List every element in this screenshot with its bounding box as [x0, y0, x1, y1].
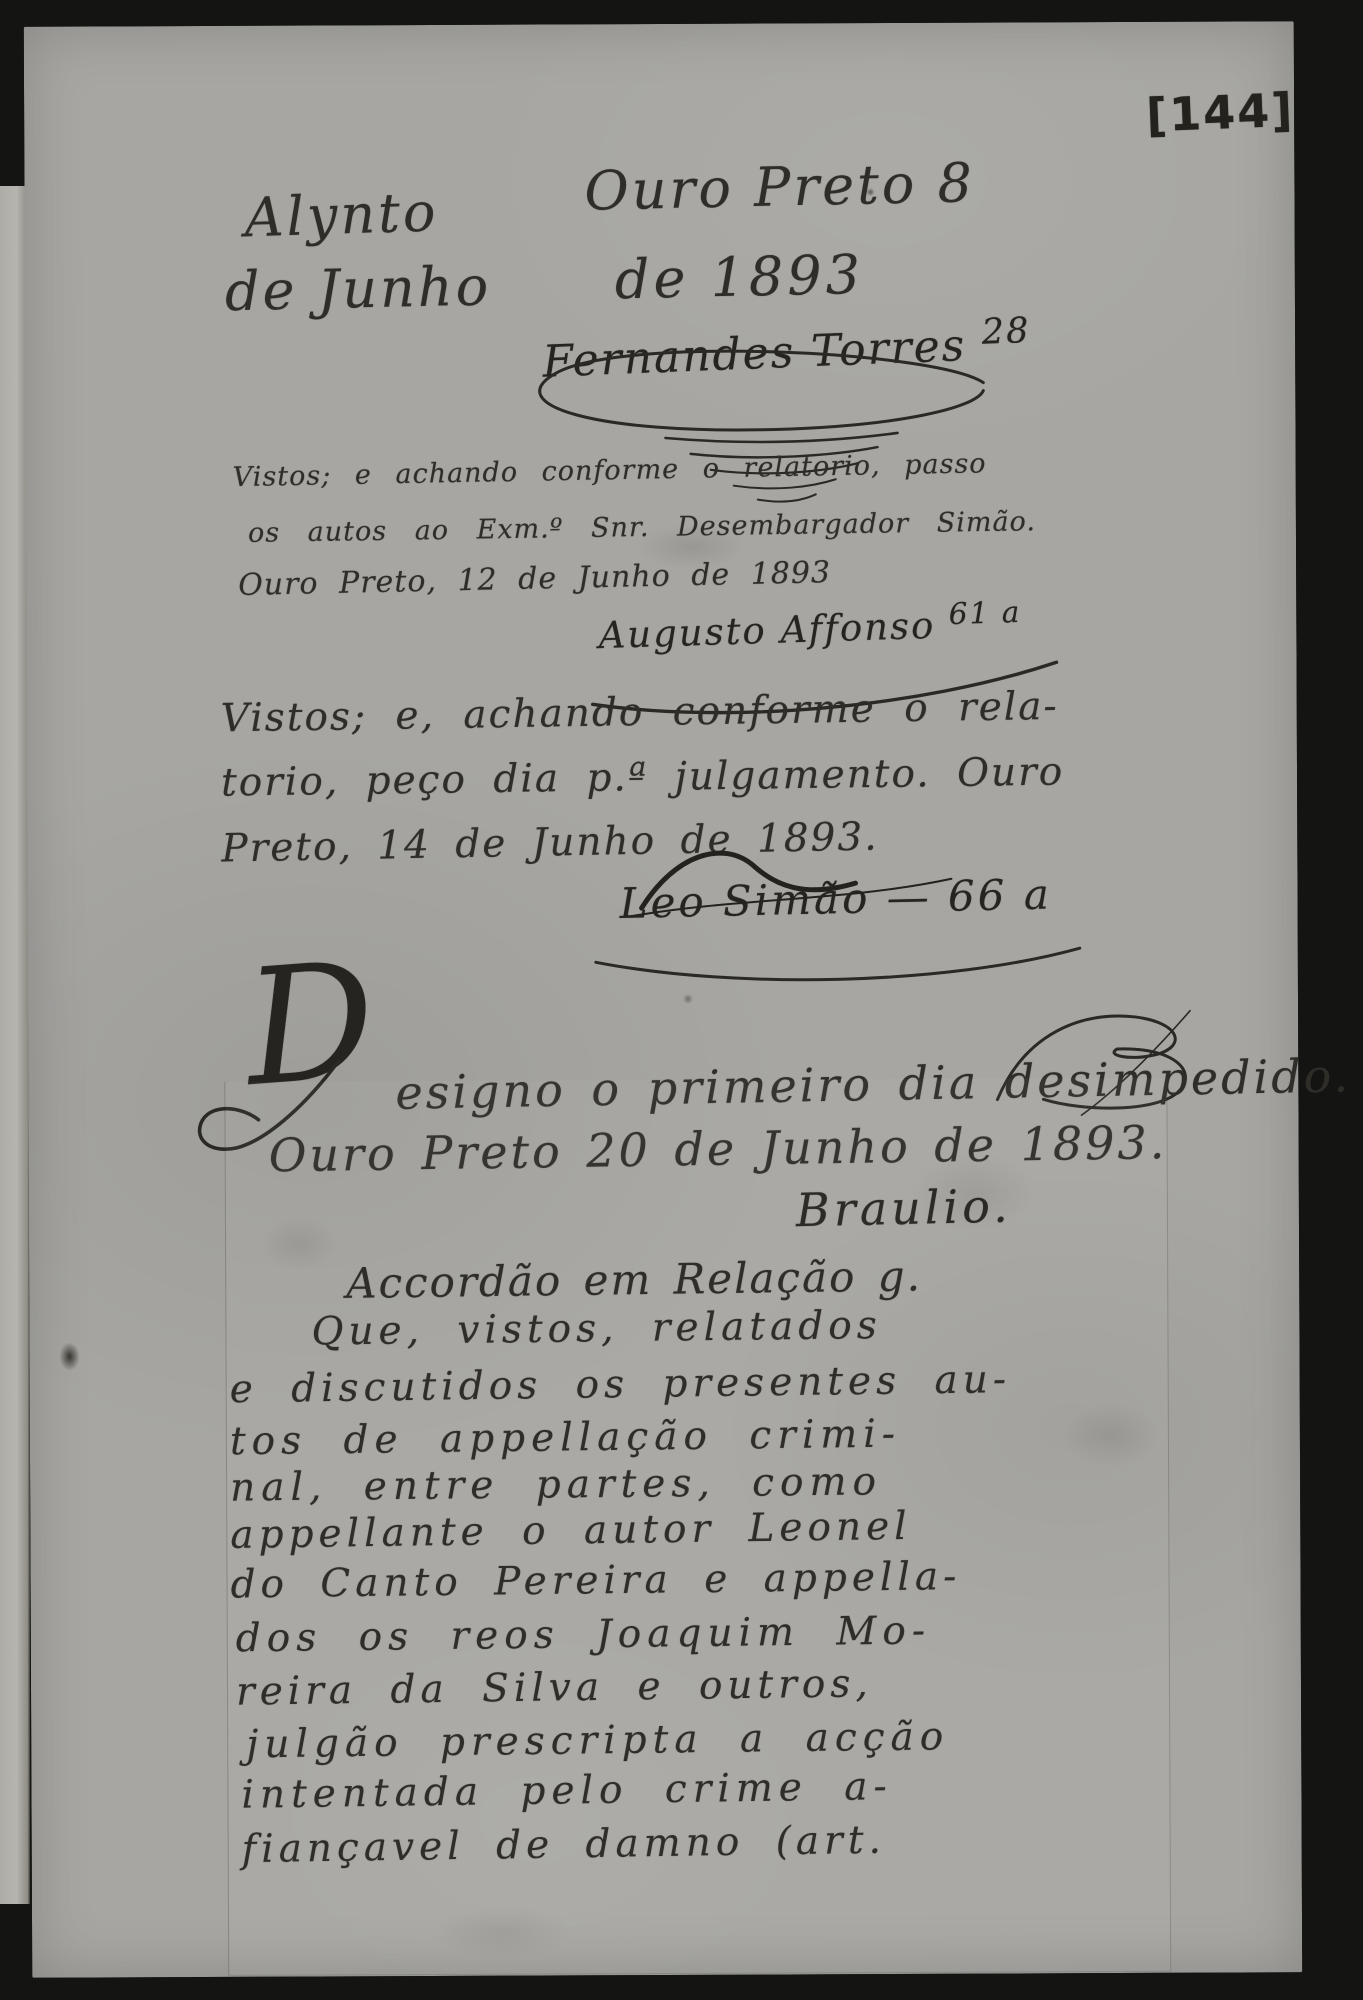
- opening-place-day: Ouro Preto 8: [584, 151, 976, 223]
- document-page: [144] Alynto Ouro Preto 8 de Junho de 18…: [24, 21, 1303, 1978]
- acordao-body-line: nal, entre partes, como: [230, 1459, 882, 1510]
- opening-month: de Junho: [224, 254, 491, 323]
- acordao-body-line: fiançavel de damno (art.: [241, 1818, 886, 1873]
- signature-simao-underline-icon: [588, 940, 1088, 997]
- signature-simao-name: Leo Simão: [619, 873, 871, 927]
- acordao-body-line: Que, vistos, relatados: [311, 1303, 882, 1354]
- despacho2-line1: Vistos; e, achando conforme o rela-: [220, 684, 1059, 741]
- ink-blot: [59, 1343, 79, 1371]
- acordao-body-line: tos de appellação crimi-: [230, 1412, 901, 1465]
- despacho2-line2: torio, peço dia p.ª julgamento. Ouro: [221, 750, 1065, 806]
- opening-year: de 1893: [614, 243, 864, 311]
- acordao-body-line: julgão prescripta a acção: [246, 1714, 950, 1767]
- acordao-body-line: do Canto Pereira e appella-: [230, 1554, 961, 1607]
- opening-word: Alynto: [244, 180, 440, 249]
- signature-simao: Leo Simão — 66 a: [619, 870, 1052, 928]
- signature-augusto-name: Augusto Affonso: [598, 604, 936, 657]
- despacho1-line3: Ouro Preto, 12 de Junho de 1893: [238, 555, 832, 603]
- acordao-body-line: intentada pelo crime a-: [241, 1764, 893, 1818]
- folio-number: [144]: [1145, 83, 1295, 143]
- signature-augusto: Augusto Affonso 61 a: [598, 595, 1023, 657]
- signature-augusto-note: 61 a: [948, 595, 1022, 631]
- acordao-body-line: reira da Silva e outros,: [236, 1661, 873, 1714]
- scanned-manuscript-page: [144] Alynto Ouro Preto 8 de Junho de 18…: [0, 0, 1363, 2000]
- acordao-heading: Accordão em Relação g.: [346, 1251, 922, 1308]
- acordao-body-line: appellante o autor Leonel: [230, 1504, 912, 1558]
- signature-spiral-flourish-icon: [505, 341, 1006, 513]
- signature-simao-note: — 66 a: [886, 870, 1052, 923]
- acordao-body-line: dos os reos Joaquim Mo-: [236, 1608, 932, 1661]
- despacho1-line2: os autos ao Exm.º Snr. Desembargador Sim…: [248, 506, 1036, 549]
